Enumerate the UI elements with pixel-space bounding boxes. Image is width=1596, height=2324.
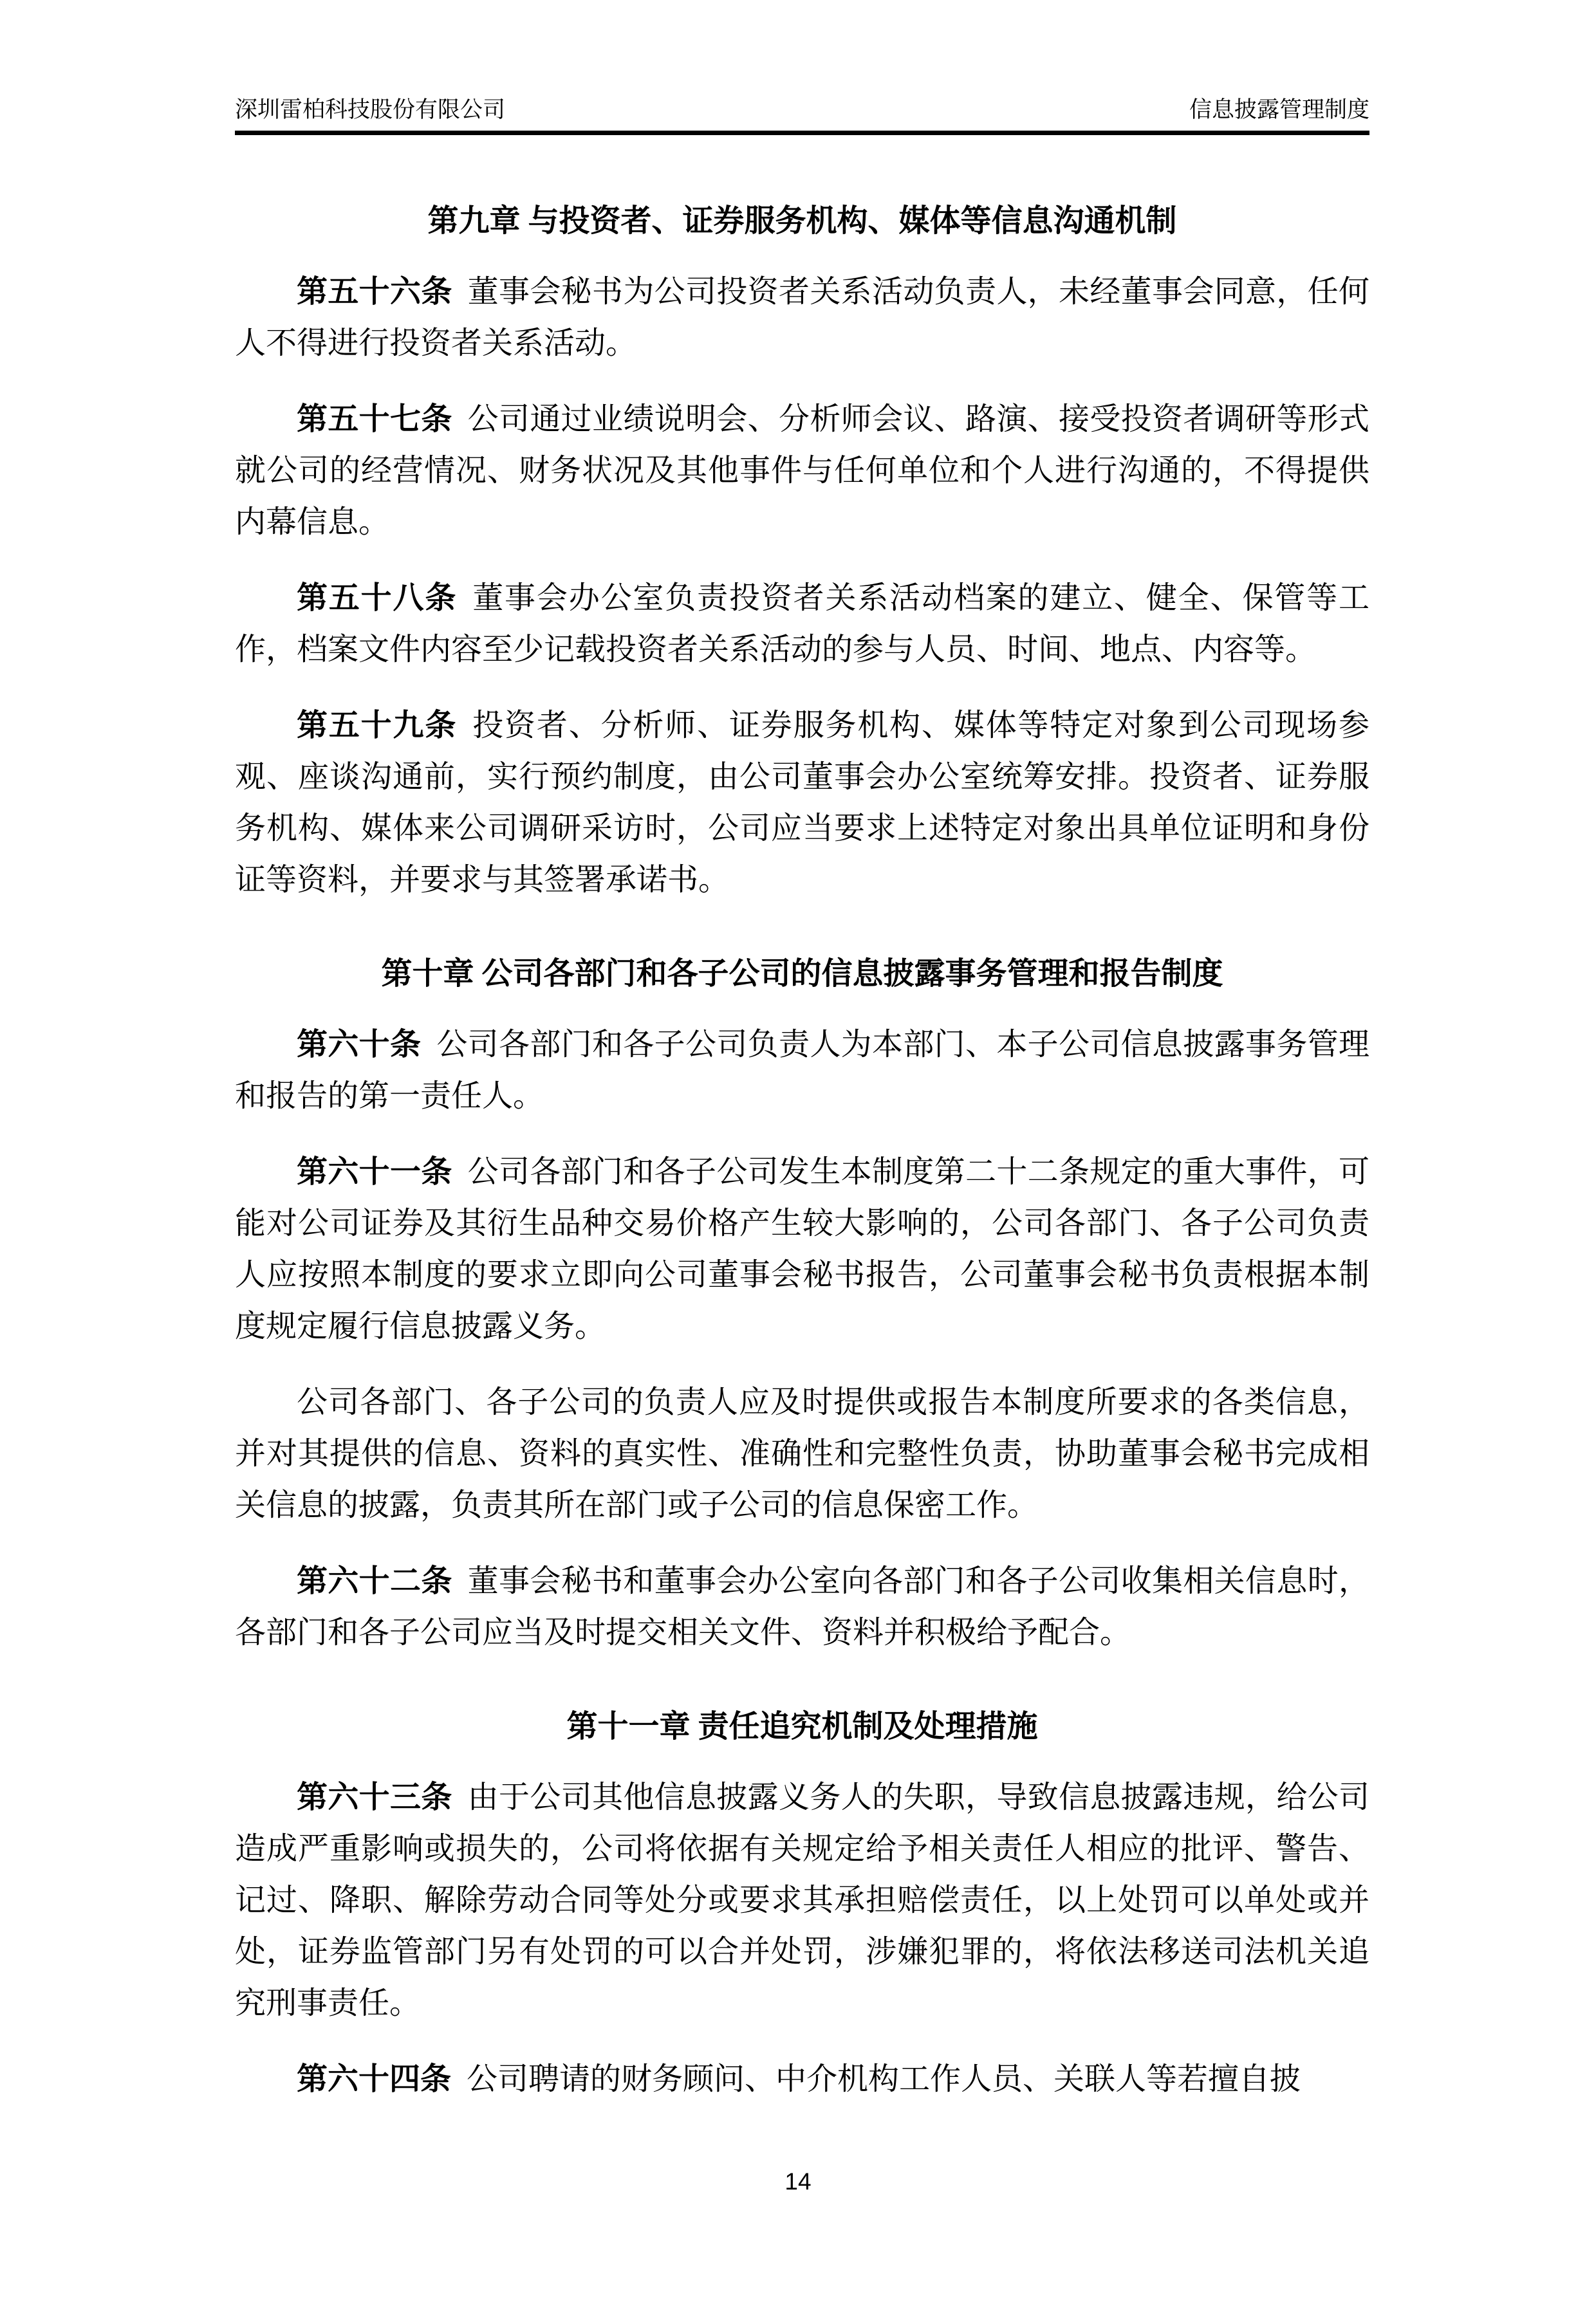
article-number: 第六十三条: [297, 1780, 452, 1814]
article-number: 第六十二条: [297, 1564, 452, 1598]
document-page: 深圳雷柏科技股份有限公司 信息披露管理制度 第九章 与投资者、证券服务机构、媒体…: [0, 0, 1596, 2324]
article-paragraph: 第六十四条公司聘请的财务顾问、中介机构工作人员、关联人等若擅自披: [235, 2054, 1369, 2105]
document-header: 深圳雷柏科技股份有限公司 信息披露管理制度: [235, 94, 1369, 125]
article-paragraph: 第六十一条公司各部门和各子公司发生本制度第二十二条规定的重大事件，可能对公司证券…: [235, 1147, 1369, 1352]
header-document-title: 信息披露管理制度: [1189, 94, 1369, 125]
article-paragraph: 第六十三条由于公司其他信息披露义务人的失职，导致信息披露违规，给公司造成严重影响…: [235, 1772, 1369, 2029]
article-paragraph: 第五十六条董事会秘书为公司投资者关系活动负责人，未经董事会同意，任何人不得进行投…: [235, 266, 1369, 369]
article-paragraph: 第六十二条董事会秘书和董事会办公室向各部门和各子公司收集相关信息时，各部门和各子…: [235, 1556, 1369, 1659]
article-number: 第五十六条: [297, 275, 452, 309]
article-paragraph: 第五十八条董事会办公室负责投资者关系活动档案的建立、健全、保管等工作，档案文件内…: [235, 573, 1369, 676]
document-body: 第九章 与投资者、证券服务机构、媒体等信息沟通机制 第五十六条董事会秘书为公司投…: [235, 153, 1369, 2105]
page-number: 14: [0, 2168, 1596, 2195]
article-paragraph: 第五十九条投资者、分析师、证券服务机构、媒体等特定对象到公司现场参观、座谈沟通前…: [235, 700, 1369, 906]
article-text: 由于公司其他信息披露义务人的失职，导致信息披露违规，给公司造成严重影响或损失的，…: [235, 1780, 1369, 2020]
article-text: 公司聘请的财务顾问、中介机构工作人员、关联人等若擅自披: [467, 2062, 1301, 2096]
article-number: 第六十条: [297, 1028, 421, 1062]
chapter-heading: 第十章 公司各部门和各子公司的信息披露事务管理和报告制度: [235, 954, 1369, 995]
article-number: 第五十八条: [297, 581, 457, 615]
article-number: 第六十四条: [297, 2062, 451, 2096]
article-paragraph: 第六十条公司各部门和各子公司负责人为本部门、本子公司信息披露事务管理和报告的第一…: [235, 1019, 1369, 1122]
article-text: 公司各部门、各子公司的负责人应及时提供或报告本制度所要求的各类信息，并对其提供的…: [235, 1385, 1369, 1522]
article-number: 第六十一条: [297, 1155, 452, 1189]
chapter-heading: 第十一章 责任追究机制及处理措施: [235, 1706, 1369, 1748]
continuation-paragraph: 公司各部门、各子公司的负责人应及时提供或报告本制度所要求的各类信息，并对其提供的…: [235, 1377, 1369, 1531]
article-number: 第五十九条: [297, 708, 457, 742]
chapter-heading: 第九章 与投资者、证券服务机构、媒体等信息沟通机制: [235, 201, 1369, 242]
article-number: 第五十七条: [297, 402, 452, 436]
header-divider: [235, 131, 1369, 135]
header-company-name: 深圳雷柏科技股份有限公司: [235, 94, 505, 125]
article-paragraph: 第五十七条公司通过业绩说明会、分析师会议、路演、接受投资者调研等形式就公司的经营…: [235, 394, 1369, 548]
